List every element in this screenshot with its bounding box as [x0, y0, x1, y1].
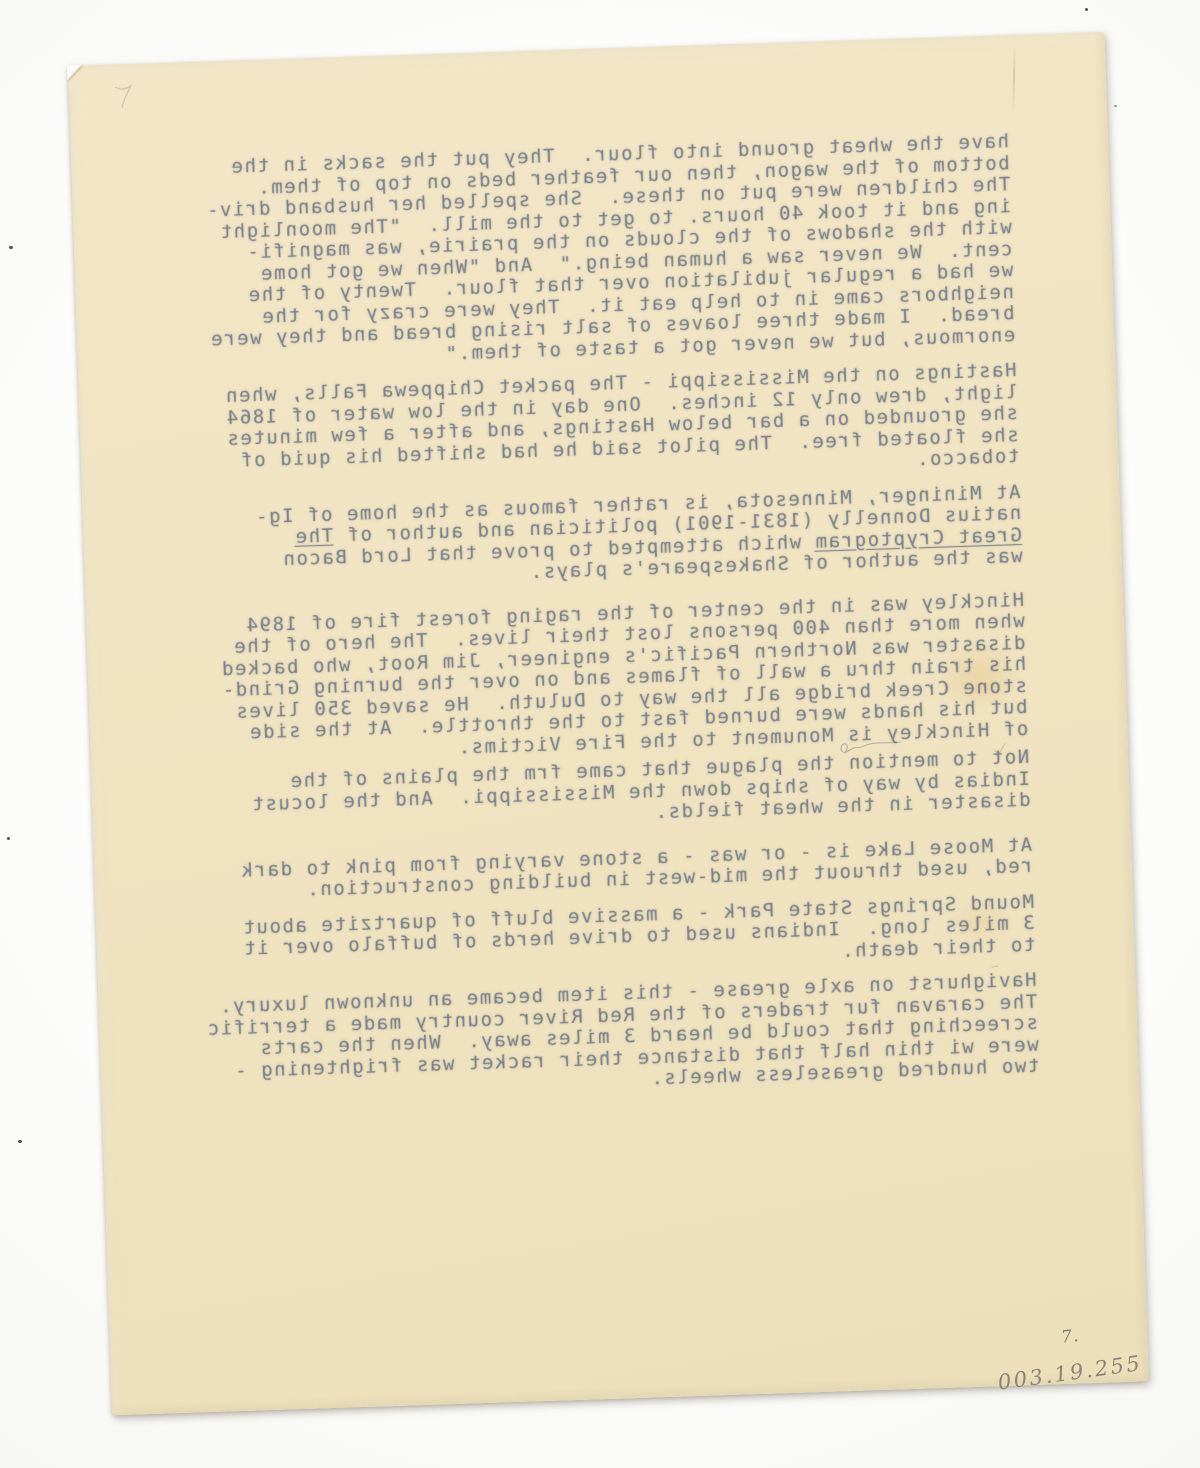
paragraph: Havighurst on axle grease - this item be… [199, 970, 1040, 1105]
faint-pencil-mark-topleft [113, 82, 136, 111]
corner-fold [67, 65, 82, 80]
dust-speck [1114, 105, 1117, 107]
paragraph: Hastings on the Mississippi - The packet… [179, 360, 1020, 495]
handwritten-scribble [836, 737, 903, 759]
faint-pencil-dash [991, 964, 999, 969]
page-number-annotation: 7. [1060, 1326, 1080, 1348]
faint-pencil-tick [993, 741, 1008, 757]
paragraph: have the wheat ground into flour. They p… [171, 131, 1016, 373]
typed-text: have the wheat ground into flour. They p… [171, 131, 1040, 1104]
paper-sheet: have the wheat ground into flour. They p… [68, 32, 1149, 1415]
paragraph: At Mininger, Minnesota, is rather famous… [183, 481, 1023, 594]
scan-background: { "scan": { "colors": { "background": "#… [0, 0, 1200, 1468]
dust-speck [1085, 8, 1088, 11]
underlined-text: The [294, 525, 334, 548]
dust-speck [7, 837, 10, 840]
paper-crease [1012, 45, 1015, 115]
paragraph: Mound Springs State Park - a massive blu… [196, 891, 1036, 983]
dust-speck [9, 246, 13, 249]
dust-speck [18, 1140, 22, 1143]
